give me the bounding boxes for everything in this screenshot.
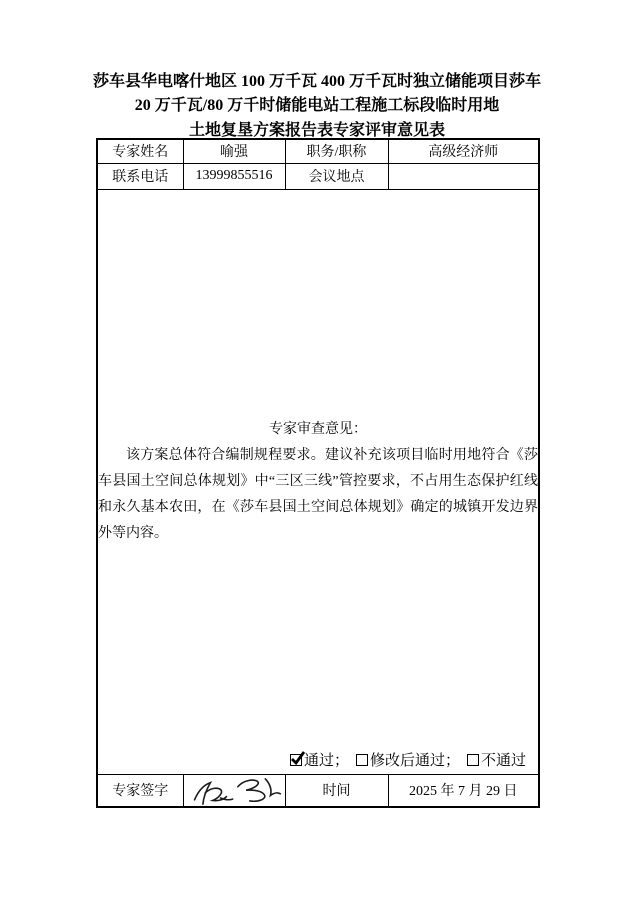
table-row: 联系电话 13999855516 会议地点 xyxy=(97,163,539,189)
date-value: 2025 年 7 月 29 日 xyxy=(388,774,539,807)
expert-name-label: 专家姓名 xyxy=(97,139,183,163)
project-title: 莎车县华电喀什地区 100 万千瓦 400 万千瓦时独立储能项目莎车 20 万千… xyxy=(87,70,547,118)
opinion-heading: 专家审查意见： xyxy=(98,417,538,443)
decision-option: 通过； xyxy=(290,751,349,771)
opinion-cell: 专家审查意见： 该方案总体符合编制规程要求。建议补充该项目临时用地符合《莎车县国… xyxy=(97,189,539,774)
decision-option-label: 通过； xyxy=(304,753,349,769)
document-page: { "document": { "title_project": "莎车县华电喀… xyxy=(0,0,634,898)
decision-option-label: 不通过 xyxy=(481,753,526,769)
document-title: 莎车县华电喀什地区 100 万千瓦 400 万千瓦时独立储能项目莎车 20 万千… xyxy=(87,70,547,143)
checkbox-unchecked-icon[interactable] xyxy=(467,754,479,766)
table-row: 专家审查意见： 该方案总体符合编制规程要求。建议补充该项目临时用地符合《莎车县国… xyxy=(97,189,539,774)
expert-name-value: 喻强 xyxy=(183,139,285,163)
venue-label: 会议地点 xyxy=(285,163,388,189)
review-form-table: 专家姓名 喻强 职务/职称 高级经济师 联系电话 13999855516 会议地… xyxy=(96,138,540,808)
venue-value xyxy=(388,163,539,189)
time-label: 时间 xyxy=(285,774,388,807)
decision-option: 修改后通过； xyxy=(356,751,460,771)
decision-options: 通过；修改后通过；不通过 xyxy=(290,751,526,771)
phone-value: 13999855516 xyxy=(183,163,285,189)
decision-option-label: 修改后通过； xyxy=(370,753,460,769)
table-row: 专家姓名 喻强 职务/职称 高级经济师 xyxy=(97,139,539,163)
position-label: 职务/职称 xyxy=(285,139,388,163)
checkbox-unchecked-icon[interactable] xyxy=(356,754,368,766)
phone-label: 联系电话 xyxy=(97,163,183,189)
table-row: 专家签字 时间 2025 年 7 月 29 日 xyxy=(97,774,539,807)
opinion-body: 该方案总体符合编制规程要求。建议补充该项目临时用地符合《莎车县国土空间总体规划》… xyxy=(98,443,538,547)
handwritten-signature xyxy=(185,774,283,807)
signature-cell xyxy=(183,774,285,807)
signature-label: 专家签字 xyxy=(97,774,183,807)
position-value: 高级经济师 xyxy=(388,139,539,163)
checkbox-checked-icon[interactable] xyxy=(290,754,302,766)
decision-option: 不通过 xyxy=(467,751,526,771)
